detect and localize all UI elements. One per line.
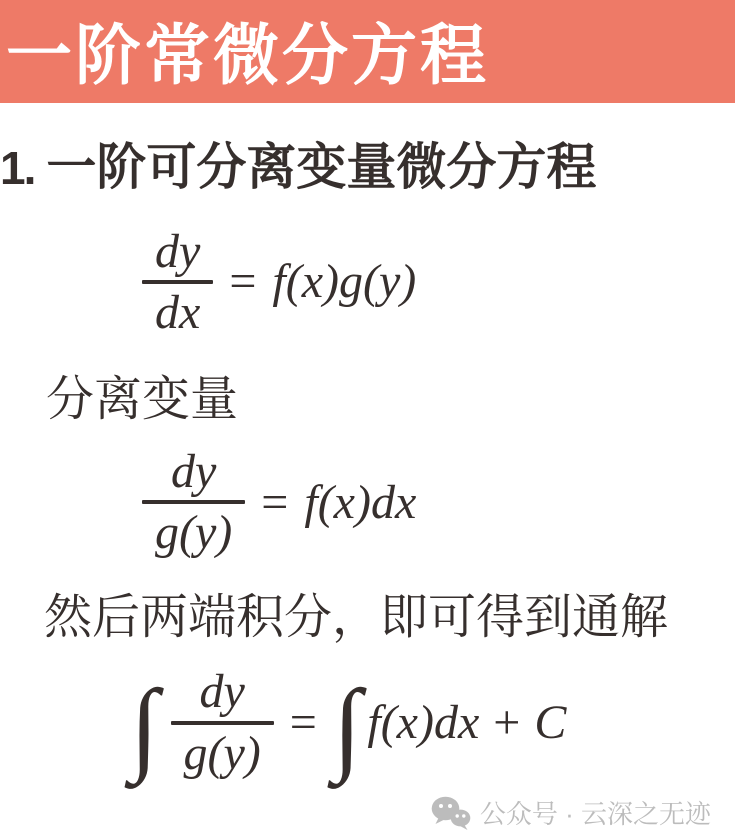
- formula-separated-rhs: f(x)dx: [304, 474, 416, 532]
- formula-derivative-rhs: f(x)g(y): [272, 253, 416, 311]
- slide-page: 一阶常微分方程 1. 一阶可分离变量微分方程 dy dx = f(x)g(y) …: [0, 0, 735, 782]
- slide-content: 1. 一阶可分离变量微分方程 dy dx = f(x)g(y) 分离变量 dy …: [0, 139, 735, 782]
- fraction-numerator: dy: [142, 223, 213, 281]
- integral-sign-right: ∫: [333, 683, 362, 771]
- title-banner: 一阶常微分方程: [0, 0, 735, 103]
- section-heading: 1. 一阶可分离变量微分方程: [0, 139, 735, 197]
- watermark: 公众号 · 云深之无迹: [431, 794, 711, 831]
- fraction-dy-gy: dy g(y): [171, 663, 274, 782]
- formula-derivative: dy dx = f(x)g(y): [142, 223, 735, 342]
- equals-sign: =: [290, 694, 317, 752]
- integrate-both-sides-label: 然后两端积分，即可得到通解: [44, 590, 735, 645]
- fraction-denominator: dx: [142, 284, 213, 342]
- integration-constant: C: [534, 694, 566, 752]
- section-title: 一阶可分离变量微分方程: [46, 139, 596, 197]
- fraction-dy-gy: dy g(y): [142, 443, 245, 562]
- section-number: 1.: [0, 142, 34, 195]
- formula-integrated: ∫ dy g(y) = ∫ f(x)dx + C: [130, 663, 735, 782]
- formula-integrated-rhs: f(x)dx: [367, 694, 479, 752]
- plus-sign: +: [493, 694, 520, 752]
- fraction-numerator: dy: [158, 443, 229, 501]
- formula-separated: dy g(y) = f(x)dx: [142, 443, 735, 562]
- watermark-text: 公众号 · 云深之无迹: [480, 794, 711, 831]
- page-title: 一阶常微分方程: [6, 22, 489, 88]
- integral-sign-left: ∫: [130, 683, 159, 771]
- fraction-numerator: dy: [186, 663, 257, 721]
- fraction-dy-dx: dy dx: [142, 223, 213, 342]
- fraction-denominator: g(y): [171, 725, 274, 783]
- equals-sign: =: [261, 474, 288, 532]
- separate-variables-label: 分离变量: [46, 372, 735, 427]
- fraction-denominator: g(y): [142, 504, 245, 562]
- wechat-icon: [431, 796, 471, 830]
- equals-sign: =: [229, 253, 256, 311]
